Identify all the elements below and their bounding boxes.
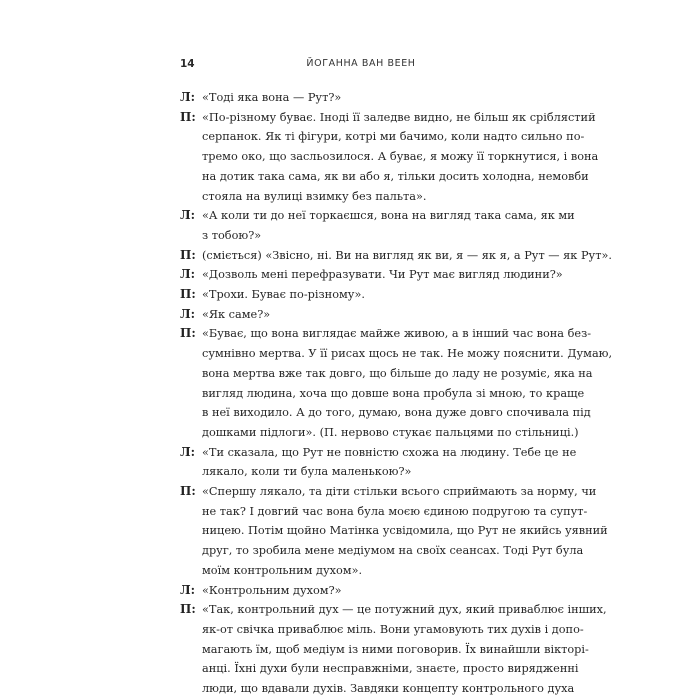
speaker-label: Л: <box>180 88 195 108</box>
text-line: «Ти сказала, що Рут не повністю схожа на… <box>202 443 542 463</box>
utterance-text: «Так, контрольний дух — це потужний дух,… <box>202 600 542 699</box>
text-line: «Контрольним духом?» <box>202 581 542 601</box>
text-line: не так? І довгий час вона була моєю єдин… <box>202 502 542 522</box>
text-line: вона мертва вже так довго, що більше до … <box>202 364 542 384</box>
text-line: «Тоді яка вона — Рут?» <box>202 88 542 108</box>
text-line: друг, то зробила мене медіумом на своїх … <box>202 541 542 561</box>
text-line: з тобою?» <box>202 226 542 246</box>
text-line: лякало, коли ти була маленькою?» <box>202 462 542 482</box>
text-line: «По-різному буває. Іноді її заледве видн… <box>202 108 542 128</box>
utterance-text: «Тоді яка вона — Рут?» <box>202 88 542 108</box>
speaker-label: Л: <box>180 581 195 601</box>
utterance-text: «Трохи. Буває по-різному». <box>202 285 542 305</box>
speaker-label: П: <box>180 108 196 128</box>
dialogue-turn: Л:«Дозволь мені перефразувати. Чи Рут ма… <box>180 265 542 285</box>
dialogue-turn: П:(сміється) «Звісно, ні. Ви на вигляд я… <box>180 246 542 266</box>
dialogue-turn: П:«По-різному буває. Іноді її заледве ви… <box>180 108 542 207</box>
text-line: як-от свічка приваблює міль. Вони угамов… <box>202 620 542 640</box>
dialogue-turn: Л:«Тоді яка вона — Рут?» <box>180 88 542 108</box>
text-line: «Трохи. Буває по-різному». <box>202 285 542 305</box>
dialogue-turn: Л:«Ти сказала, що Рут не повністю схожа … <box>180 443 542 482</box>
speaker-label: Л: <box>180 305 195 325</box>
text-line: вигляд людина, хоча що довше вона пробул… <box>202 384 542 404</box>
text-line: (сміється) «Звісно, ні. Ви на вигляд як … <box>202 246 542 266</box>
text-line: в неї виходило. А до того, думаю, вона д… <box>202 403 542 423</box>
utterance-text: «Буває, що вона виглядає майже живою, а … <box>202 324 542 442</box>
utterance-text: «Як саме?» <box>202 305 542 325</box>
page-header: 14 ЙОГАННА ВАН ВЕЕН <box>180 58 542 74</box>
dialogue-turn: Л:«Як саме?» <box>180 305 542 325</box>
speaker-label: П: <box>180 482 196 502</box>
speaker-label: П: <box>180 324 196 344</box>
dialogue-turn: П:«Трохи. Буває по-різному». <box>180 285 542 305</box>
speaker-label: П: <box>180 285 196 305</box>
text-line: «Як саме?» <box>202 305 542 325</box>
text-line: «Так, контрольний дух — це потужний дух,… <box>202 600 542 620</box>
text-line: сумнівно мертва. У її рисах щось не так.… <box>202 344 542 364</box>
interview-transcript: Л:«Тоді яка вона — Рут?»П:«По-різному бу… <box>180 88 542 699</box>
utterance-text: «Ти сказала, що Рут не повністю схожа на… <box>202 443 542 482</box>
utterance-text: «Спершу лякало, та діти стільки всього с… <box>202 482 542 581</box>
text-line: дошками підлоги». (П. нервово стукає пал… <box>202 423 542 443</box>
speaker-label: П: <box>180 246 196 266</box>
dialogue-turn: П:«Буває, що вона виглядає майже живою, … <box>180 324 542 442</box>
text-line: серпанок. Як ті фігури, котрі ми бачимо,… <box>202 127 542 147</box>
text-line: анці. Їхні духи були несправжніми, знаєт… <box>202 659 542 679</box>
dialogue-turn: П:«Так, контрольний дух — це потужний ду… <box>180 600 542 699</box>
text-line: «А коли ти до неї торкаєшся, вона на виг… <box>202 206 542 226</box>
dialogue-turn: П:«Спершу лякало, та діти стільки всього… <box>180 482 542 581</box>
book-page: 14 ЙОГАННА ВАН ВЕЕН Л:«Тоді яка вона — Р… <box>0 0 700 700</box>
utterance-text: (сміється) «Звісно, ні. Ви на вигляд як … <box>202 246 542 266</box>
text-line: на дотик така сама, як ви або я, тільки … <box>202 167 542 187</box>
dialogue-turn: Л:«Контрольним духом?» <box>180 581 542 601</box>
running-head-author: ЙОГАННА ВАН ВЕЕН <box>180 58 542 69</box>
utterance-text: «Контрольним духом?» <box>202 581 542 601</box>
speaker-label: Л: <box>180 443 195 463</box>
text-line: тремо око, що засльозилося. А буває, я м… <box>202 147 542 167</box>
text-line: ницею. Потім щойно Матінка усвідомила, щ… <box>202 521 542 541</box>
text-line: люди, що вдавали духів. Завдяки концепту… <box>202 679 542 699</box>
text-line: магають їм, щоб медіум із ними поговорив… <box>202 640 542 660</box>
text-line: стояла на вулиці взимку без пальта». <box>202 187 542 207</box>
speaker-label: П: <box>180 600 196 620</box>
speaker-label: Л: <box>180 265 195 285</box>
text-line: «Буває, що вона виглядає майже живою, а … <box>202 324 542 344</box>
text-line: моїм контрольним духом». <box>202 561 542 581</box>
utterance-text: «Дозволь мені перефразувати. Чи Рут має … <box>202 265 542 285</box>
utterance-text: «А коли ти до неї торкаєшся, вона на виг… <box>202 206 542 245</box>
text-line: «Дозволь мені перефразувати. Чи Рут має … <box>202 265 542 285</box>
dialogue-turn: Л:«А коли ти до неї торкаєшся, вона на в… <box>180 206 542 245</box>
text-line: «Спершу лякало, та діти стільки всього с… <box>202 482 542 502</box>
utterance-text: «По-різному буває. Іноді її заледве видн… <box>202 108 542 207</box>
speaker-label: Л: <box>180 206 195 226</box>
